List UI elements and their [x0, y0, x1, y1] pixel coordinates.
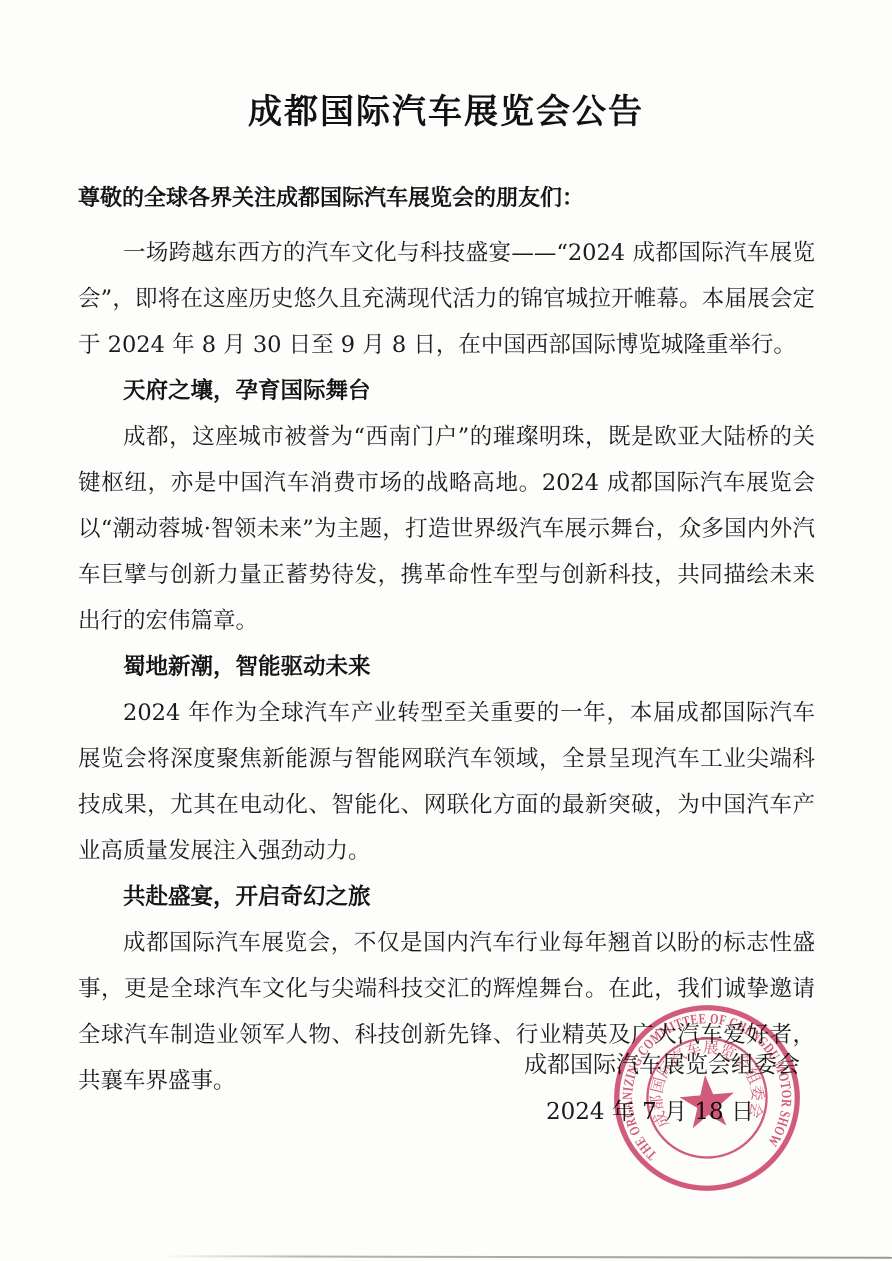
paragraph-1: 一场跨越东西方的汽车文化与科技盛宴——“2024 成都国际汽车展览会”，即将在这… — [78, 230, 815, 368]
section-heading-3: 共赴盛宴，开启奇幻之旅 — [78, 874, 815, 920]
scan-edge-line — [160, 1255, 892, 1259]
official-seal-stamp: THE ORGANIZING COMMITTEE OF CHENGDU MOTO… — [603, 994, 811, 1202]
paragraph-3: 2024 年作为全球汽车产业转型至关重要的一年，本届成都国际汽车展览会将深度聚焦… — [78, 690, 815, 874]
section-heading-1: 天府之壤，孕育国际舞台 — [78, 368, 815, 414]
salutation: 尊敬的全球各界关注成都国际汽车展览会的朋友们： — [78, 182, 815, 216]
stamp-star-icon — [678, 1073, 737, 1130]
paragraph-2: 成都，这座城市被誉为“西南门户”的璀璨明珠，既是欧亚大陆桥的关键枢纽，亦是中国汽… — [78, 414, 815, 644]
page-title: 成都国际汽车展览会公告 — [0, 0, 892, 133]
document-page: 成都国际汽车展览会公告 尊敬的全球各界关注成都国际汽车展览会的朋友们： 一场跨越… — [0, 0, 892, 1261]
document-body: 尊敬的全球各界关注成都国际汽车展览会的朋友们： 一场跨越东西方的汽车文化与科技盛… — [78, 182, 815, 1104]
section-heading-2: 蜀地新潮，智能驱动未来 — [78, 644, 815, 690]
